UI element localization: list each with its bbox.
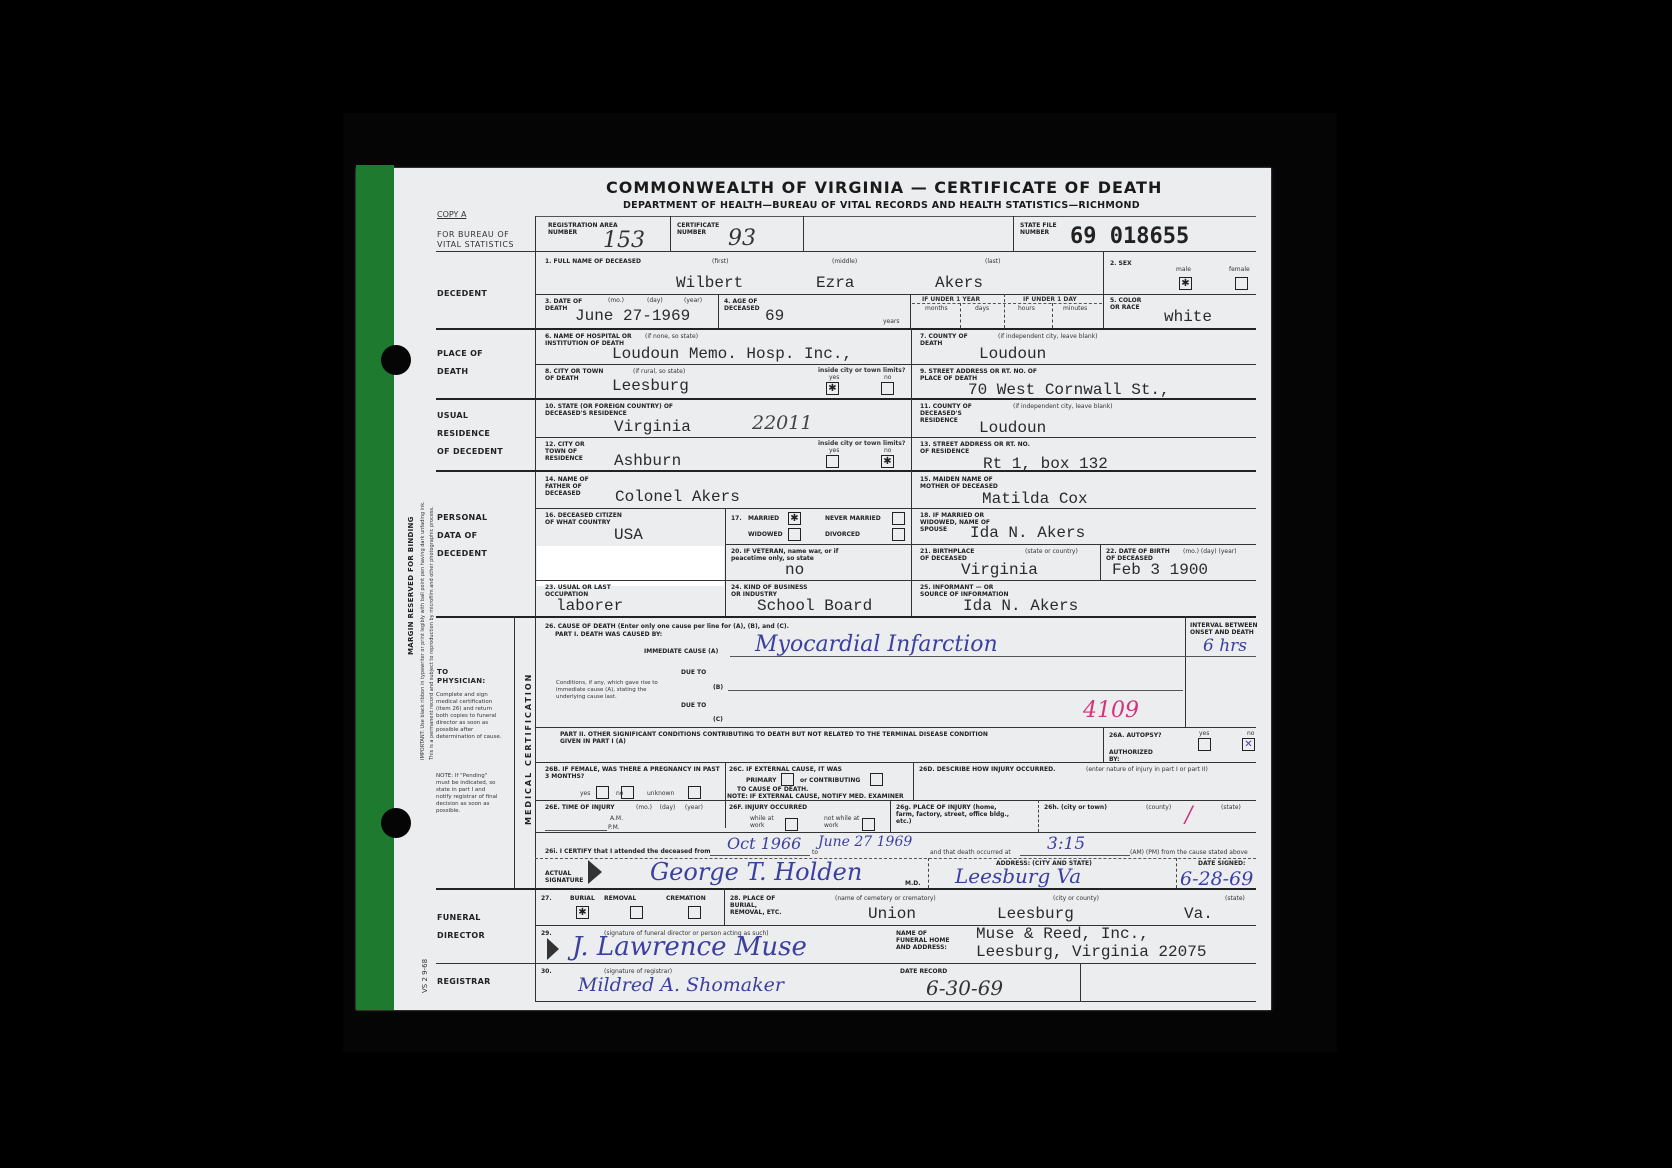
f7-label: 7. COUNTY OF DEATH — [920, 333, 968, 347]
part2-label: PART II. OTHER SIGNIFICANT CONDITIONS CO… — [560, 731, 990, 745]
section-director: DIRECTOR — [437, 931, 485, 940]
yes-label-2: yes — [829, 447, 839, 454]
burial-state-value: Va. — [1184, 905, 1213, 923]
no-label: no — [884, 374, 891, 381]
zip-res-value: 22011 — [752, 412, 812, 434]
date-signed-value: 6-28-69 — [1180, 868, 1253, 890]
form-code: VS 2 9-68 — [412, 959, 431, 993]
state-hint: (state) — [1221, 804, 1241, 811]
inside-death-yes-checkbox[interactable]: ✱ — [826, 382, 839, 395]
interval-value: 6 hrs — [1203, 636, 1247, 656]
father-value: Colonel Akers — [615, 488, 740, 506]
first-hint: (first) — [712, 258, 728, 265]
copy-label: COPY A — [437, 210, 466, 219]
f26d-label: 26d. DESCRIBE HOW INJURY OCCURRED. — [919, 766, 1055, 773]
f26d-hint: (enter nature of injury in part I or par… — [1086, 766, 1208, 773]
dob-value: Feb 3 1900 — [1112, 561, 1208, 579]
pregnancy-yes-checkbox[interactable] — [596, 786, 609, 799]
mo-hint: (mo.) — [608, 297, 624, 304]
birthplace-value: Virginia — [961, 561, 1038, 579]
autopsy-no-checkbox[interactable]: ✕ — [1242, 738, 1255, 751]
section-registrar: REGISTRAR — [437, 977, 491, 986]
spouse-value: Ida N. Akers — [970, 524, 1085, 542]
married-label: MARRIED — [748, 515, 779, 522]
hospital-value: Loudoun Memo. Hosp. Inc., — [612, 345, 852, 363]
street-death-value: 70 West Cornwall St., — [968, 381, 1170, 399]
f26c-label: 26c. IF EXTERNAL CAUSE, IT WAS — [729, 766, 842, 773]
removal-label: REMOVAL — [604, 895, 636, 902]
to-cause-label: TO CAUSE OF DEATH. — [737, 786, 808, 793]
last-hint: (last) — [985, 258, 1001, 265]
due-to-1: DUE TO — [681, 669, 706, 676]
f8-hint: (if rural, so state) — [633, 368, 685, 375]
director-signature[interactable]: J. Lawrence Muse — [572, 932, 807, 962]
death-time-value: 3:15 — [1047, 834, 1085, 854]
hours-label: hours — [1018, 305, 1035, 312]
never-married-label: NEVER MARRIED — [825, 515, 881, 522]
date-of-death-value: June 27-1969 — [575, 307, 690, 325]
b-label: (B) — [713, 684, 723, 691]
f25-label: 25. INFORMANT — OR SOURCE OF INFORMATION — [920, 584, 1010, 598]
physician-signature[interactable]: George T. Holden — [650, 858, 862, 886]
age-value: 69 — [765, 307, 784, 325]
burial-city-value: Leesburg — [997, 905, 1074, 923]
section-death: DEATH — [437, 367, 468, 376]
f26-label: 26. CAUSE OF DEATH (Enter only one cause… — [545, 623, 789, 630]
county-hint: (county) — [1146, 804, 1171, 811]
primary-label: PRIMARY — [746, 777, 777, 784]
physician-note: Complete and sign medical certification … — [436, 692, 502, 741]
autopsy-yes-checkbox[interactable] — [1198, 738, 1211, 751]
mother-value: Matilda Cox — [982, 490, 1088, 508]
attended-to-value: June 27 1969 — [818, 834, 912, 850]
pregnancy-unknown-checkbox[interactable] — [688, 786, 701, 799]
divorced-checkbox[interactable] — [892, 528, 905, 541]
section-personal: PERSONAL — [437, 513, 487, 522]
f26g-label: 26g. PLACE OF INJURY (home, farm, factor… — [896, 804, 1016, 825]
part1-label: PART I. DEATH WAS CAUSED BY: — [555, 631, 662, 638]
married-checkbox[interactable]: ✱ — [788, 512, 801, 525]
certificate-title: COMMONWEALTH OF VIRGINIA — CERTIFICATE O… — [606, 178, 1162, 197]
cause-code: 4109 — [1083, 698, 1139, 723]
f2-label: 2. SEX — [1110, 260, 1132, 267]
death-at-label: and that death occurred at — [930, 849, 1011, 856]
signature-arrow-icon-2 — [547, 938, 559, 960]
pending-note: NOTE: If "Pending" must be indicated, so… — [436, 773, 502, 815]
f7-hint: (if independent city, leave blank) — [998, 333, 1098, 340]
preg-yes-label: yes — [580, 790, 590, 797]
state-file-label: STATE FILE NUMBER — [1020, 222, 1060, 236]
cause-a-value: Myocardial Infarction — [755, 632, 998, 657]
section-funeral: FUNERAL — [437, 913, 481, 922]
cremation-checkbox[interactable] — [688, 906, 701, 919]
cremation-label: CREMATION — [666, 895, 706, 902]
section-decedent: DECEDENT — [437, 289, 487, 298]
attended-from-value: Oct 1966 — [727, 834, 801, 853]
county-res-value: Loudoun — [979, 419, 1046, 437]
autopsy-label: 26a. AUTOPSY? — [1109, 732, 1162, 739]
f26b-label: 26b. IF FEMALE, WAS THERE A PREGNANCY IN… — [545, 766, 725, 780]
section-decedent-2: DECEDENT — [437, 549, 487, 558]
widowed-checkbox[interactable] — [788, 528, 801, 541]
conditions-note: Conditions, if any, which gave rise to i… — [556, 680, 676, 701]
preg-unknown-label: unknown — [647, 790, 674, 797]
yes-label: yes — [829, 374, 839, 381]
months-label: months — [925, 305, 948, 312]
f8-label: 8. CITY OR TOWN OF DEATH — [545, 368, 605, 382]
funeral-home-line2: Leesburg, Virginia 22075 — [976, 943, 1206, 961]
informant-value: Ida N. Akers — [963, 597, 1078, 615]
f26h-label: 26h. (city or town) — [1044, 804, 1107, 811]
registrar-signature[interactable]: Mildred A. Shomaker — [578, 974, 784, 996]
date-record-value: 6-30-69 — [926, 976, 1003, 1000]
no-label-2: no — [884, 447, 891, 454]
years-label: years — [883, 318, 900, 325]
binding-strip — [356, 165, 394, 1010]
pm-label: P.M. — [608, 824, 620, 831]
cemetery-value: Union — [868, 905, 916, 923]
f26i-label: 26i. I CERTIFY that I attended the decea… — [545, 848, 710, 855]
autopsy-no-label: no — [1247, 730, 1254, 737]
punch-hole — [381, 345, 411, 375]
f26f-label: 26f. INJURY OCCURRED — [729, 804, 807, 811]
f27-label: 27. — [541, 895, 552, 902]
burial-label: BURIAL — [570, 895, 595, 902]
cemetery-hint: (name of cemetery or crematory) — [835, 895, 936, 902]
physician-address: Leesburg Va — [955, 864, 1081, 888]
f12-label: 12. CITY OR TOWN OF RESIDENCE — [545, 441, 605, 462]
vital-stats-label: VITAL STATISTICS — [437, 240, 514, 249]
f24-label: 24. KIND OF BUSINESS OR INDUSTRY — [731, 584, 811, 598]
f30-label: 30. — [541, 968, 552, 975]
punch-hole — [381, 808, 411, 838]
signature-arrow-icon — [588, 860, 602, 884]
reg-area-value: 153 — [603, 228, 645, 253]
divorced-label: DIVORCED — [825, 531, 860, 538]
cert-num-value: 93 — [728, 226, 756, 251]
middle-name-value: Ezra — [816, 274, 854, 292]
cert-num-label: CERTIFICATE NUMBER — [677, 222, 727, 236]
citizen-value: USA — [614, 526, 643, 544]
f17-label: 17. — [731, 515, 742, 522]
autopsy-yes-label: yes — [1199, 730, 1209, 737]
section-usual: USUAL — [437, 411, 468, 420]
authorized-by-label: AUTHORIZED BY: — [1109, 749, 1149, 763]
due-to-2: DUE TO — [681, 702, 706, 709]
f20-label: 20. IF VETERAN, name war, or if peacetim… — [731, 548, 851, 562]
f28-label: 28. PLACE OF BURIAL, REMOVAL, ETC. — [730, 895, 785, 916]
state-res-value: Virginia — [614, 418, 691, 436]
while-work-label: while at work — [750, 815, 780, 829]
occupation-value: laborer — [556, 597, 623, 615]
funeral-state-hint: (state) — [1225, 895, 1245, 902]
middle-hint: (middle) — [832, 258, 857, 265]
f23-label: 23. USUAL OR LAST OCCUPATION — [545, 584, 615, 598]
funeral-home-label: NAME OF FUNERAL HOME AND ADDRESS: — [896, 930, 956, 951]
primary-checkbox[interactable] — [781, 773, 794, 786]
while-work-checkbox[interactable] — [785, 818, 798, 831]
inside-limits-label: inside city or town limits? — [818, 367, 905, 374]
section-place-of: PLACE OF — [437, 349, 483, 358]
injury-date-hints: (mo.) (day) (year) — [636, 804, 703, 811]
county-death-value: Loudoun — [979, 345, 1046, 363]
section-data-of: DATA OF — [437, 531, 477, 540]
date-signed-label: DATE SIGNED: — [1198, 860, 1245, 867]
section-residence: RESIDENCE — [437, 429, 490, 438]
c-label: (C) — [713, 716, 723, 723]
f15-label: 15. MAIDEN NAME OF MOTHER OF DECEASED — [920, 476, 1010, 490]
f29-label: 29. — [541, 930, 552, 937]
to-physician-label: TO PHYSICIAN: — [437, 668, 497, 686]
margin-note-2: This is a permanent record and subject t… — [418, 506, 437, 760]
inside-res-yes-checkbox[interactable] — [826, 455, 839, 468]
f21-hint: (state or country) — [1025, 548, 1078, 555]
industry-value: School Board — [757, 597, 872, 615]
ampm-label: (AM) (PM) from the cause stated above — [1130, 849, 1248, 856]
for-bureau-label: FOR BUREAU OF — [437, 230, 509, 239]
days-label: days — [975, 305, 989, 312]
immediate-cause-label: IMMEDIATE CAUSE (A) — [644, 648, 718, 655]
under-day-label: IF UNDER 1 DAY — [1023, 296, 1077, 303]
veteran-value: no — [785, 561, 804, 579]
year-hint: (year) — [684, 297, 702, 304]
interval-label: INTERVAL BETWEEN ONSET AND DEATH — [1190, 622, 1260, 636]
not-while-work-label: not while at work — [824, 815, 860, 829]
first-name-value: Wilbert — [676, 274, 743, 292]
inside-death-no-checkbox[interactable] — [881, 382, 894, 395]
f26e-label: 26e. TIME OF INJURY — [545, 804, 615, 811]
f5-label: 5. COLOR OR RACE — [1110, 297, 1150, 311]
date-record-label: DATE RECORD — [900, 968, 947, 975]
street-res-value: Rt 1, box 132 — [983, 455, 1108, 473]
f21-label: 21. BIRTHPLACE OF DECEASED — [920, 548, 980, 562]
contributing-label: or CONTRIBUTING — [800, 777, 860, 784]
race-value: white — [1164, 308, 1212, 326]
am-label: A.M. — [610, 815, 623, 822]
f1-label: 1. FULL NAME OF DECEASED — [545, 258, 641, 265]
section-of-decedent: OF DECEDENT — [437, 447, 503, 456]
city-hint: (city or county) — [1053, 895, 1099, 902]
certificate-subtitle: DEPARTMENT OF HEALTH—BUREAU OF VITAL REC… — [623, 200, 1140, 211]
female-label: female — [1229, 266, 1250, 273]
red-mark: / — [1185, 803, 1192, 828]
actual-signature-label: ACTUAL SIGNATURE — [545, 870, 585, 884]
never-married-checkbox[interactable] — [892, 512, 905, 525]
md-label: M.D. — [905, 880, 921, 887]
f13-label: 13. STREET ADDRESS OR RT. NO. OF RESIDEN… — [920, 441, 1040, 455]
f22-label: 22. DATE OF BIRTH OF DECEASED — [1106, 548, 1176, 562]
under-year-label: IF UNDER 1 YEAR — [922, 296, 980, 303]
male-label: male — [1176, 266, 1191, 273]
funeral-home-line1: Muse & Reed, Inc., — [976, 925, 1149, 943]
f6-hint: (if none, so state) — [645, 333, 698, 340]
state-file-number: 69 018655 — [1070, 224, 1189, 249]
contributing-checkbox[interactable] — [870, 773, 883, 786]
medical-certification-label: MEDICAL CERTIFICATION — [516, 673, 535, 825]
city-death-value: Leesburg — [612, 377, 689, 395]
minutes-label: minutes — [1063, 305, 1087, 312]
pregnancy-no-checkbox[interactable] — [621, 786, 634, 799]
f10-label: 10. STATE (OR FOREIGN COUNTRY) OF DECEAS… — [545, 403, 695, 417]
to-label: to — [812, 849, 818, 856]
day-hint: (day) — [647, 297, 663, 304]
burial-checkbox[interactable]: ✱ — [576, 906, 589, 919]
f16-label: 16. DECEASED CITIZEN OF WHAT COUNTRY — [545, 512, 625, 526]
city-res-value: Ashburn — [614, 452, 681, 470]
removal-checkbox[interactable] — [630, 906, 643, 919]
not-while-work-checkbox[interactable] — [862, 818, 875, 831]
inside-limits-label-2: inside city or town limits? — [818, 440, 905, 447]
inside-res-no-checkbox[interactable]: ✱ — [881, 455, 894, 468]
note-external: NOTE: IF EXTERNAL CAUSE, NOTIFY MED. EXA… — [727, 793, 904, 800]
male-checkbox[interactable]: ✱ — [1179, 277, 1192, 290]
dob-hints: (mo.) (day) (year) — [1183, 548, 1237, 555]
f14-label: 14. NAME OF FATHER OF DECEASED — [545, 476, 615, 497]
female-checkbox[interactable] — [1235, 277, 1248, 290]
f9-label: 9. STREET ADDRESS OR RT. NO. OF PLACE OF… — [920, 368, 1040, 382]
widowed-label: WIDOWED — [748, 531, 783, 538]
last-name-value: Akers — [935, 274, 983, 292]
f11-hint: (if independent city, leave blank) — [1013, 403, 1113, 410]
